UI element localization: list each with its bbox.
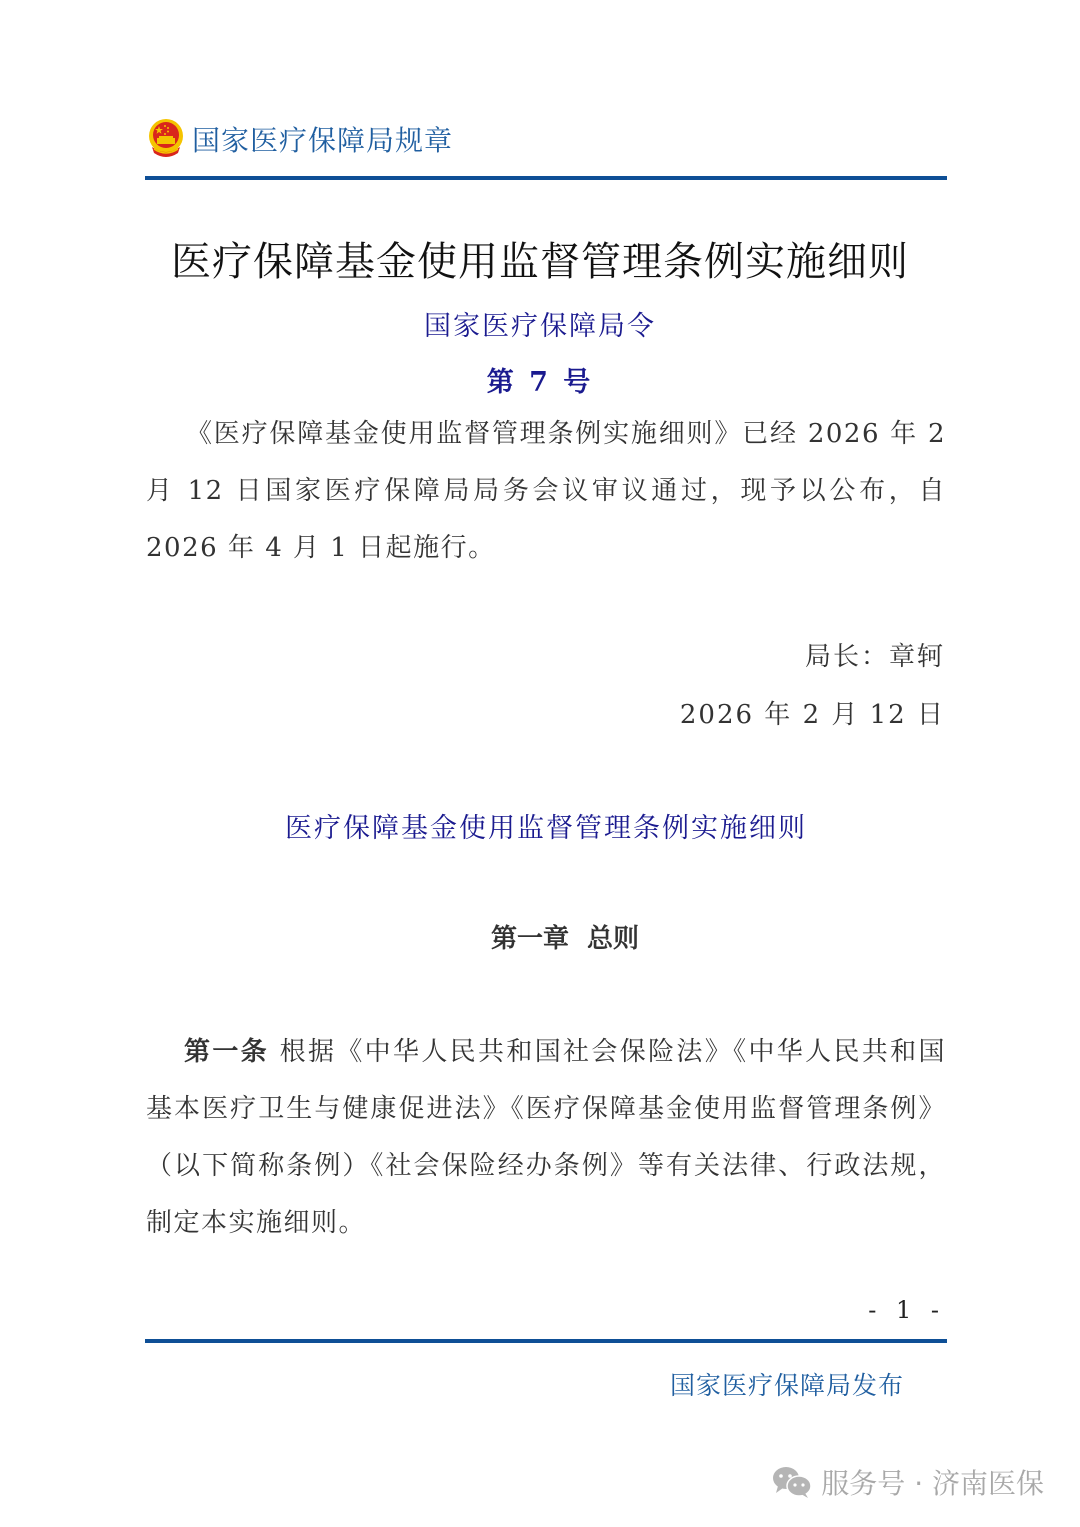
- header-divider: [145, 176, 947, 180]
- signature-date: 2026 年 2 月 12 日: [680, 694, 945, 731]
- document-header: 国家医疗保障局规章: [146, 116, 453, 162]
- publisher: 国家医疗保障局发布: [670, 1366, 904, 1402]
- national-emblem-icon: [146, 117, 186, 161]
- watermark: 服务号 · 济南医保: [771, 1462, 1044, 1502]
- page-number: - 1 -: [868, 1296, 945, 1324]
- chapter-title-text: 第一章 总则: [491, 924, 639, 954]
- header-title: 国家医疗保障局规章: [192, 119, 453, 159]
- chapter-title: 第一章 总则: [0, 918, 1080, 955]
- order-number: 第 7 号: [0, 360, 1080, 399]
- article-1: 第一条 根据《中华人民共和国社会保险法》《中华人民共和国基本医疗卫生与健康促进法…: [146, 1024, 946, 1252]
- regulation-subtitle: 医疗保障基金使用监督管理条例实施细则: [0, 806, 1080, 845]
- watermark-text: 服务号 · 济南医保: [821, 1462, 1044, 1502]
- wechat-icon: [771, 1466, 813, 1498]
- intro-paragraph: 《医疗保障基金使用监督管理条例实施细则》已经 2026 年 2 月 12 日国家…: [146, 406, 946, 577]
- footer-divider: [145, 1339, 947, 1343]
- order-issuer: 国家医疗保障局令: [0, 304, 1080, 343]
- article-text: 根据《中华人民共和国社会保险法》《中华人民共和国基本医疗卫生与健康促进法》《医疗…: [146, 1037, 946, 1238]
- article-label: 第一条: [184, 1037, 269, 1067]
- document-title: 医疗保障基金使用监督管理条例实施细则: [0, 230, 1080, 287]
- signature-name: 局长：章轲: [805, 636, 945, 673]
